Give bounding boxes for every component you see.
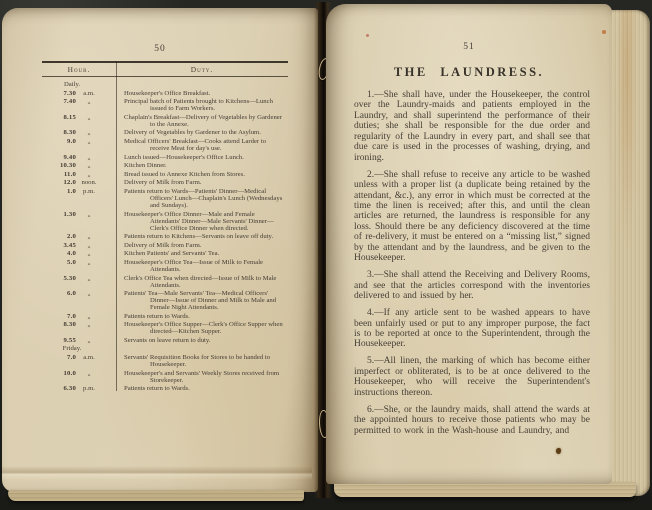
table-row: 11.0 „ Bread issued to Annexe Kitchen fr…	[42, 171, 288, 178]
table-row: 8.30 „ Delivery of Vegetables by Gardene…	[42, 129, 288, 136]
time-value: 2.0	[42, 233, 76, 240]
duty-text: Patients return to Wards—Patients' Dinne…	[124, 188, 286, 209]
table-row: 1.0 p.m. Patients return to Wards—Patien…	[42, 188, 288, 209]
time-meridiem: „	[76, 138, 102, 152]
duty-text: Delivery of Vegetables by Gardener to th…	[124, 129, 286, 136]
duty-cell: Kitchen Patients' and Servants' Tea.	[116, 250, 288, 257]
foxing-spot	[366, 34, 369, 37]
section-label: Friday.	[42, 345, 116, 352]
duty-cell: Delivery of Vegetables by Gardener to th…	[116, 129, 288, 136]
laundress-paragraph: 5.—All linen, the marking of which has b…	[354, 356, 590, 398]
duty-text: Delivery of Milk from Farm.	[124, 242, 286, 249]
laundress-paragraphs: 1.—She shall have, under the Housekeeper…	[354, 90, 590, 436]
duty-cell: Housekeeper's Office Tea—Issue of Milk t…	[116, 259, 288, 273]
time-value: 10.30	[42, 162, 76, 169]
table-row: 7.40 „ Principal batch of Patients broug…	[42, 98, 288, 112]
time-value: 6.30	[42, 385, 76, 392]
laundress-paragraph: 2.—She shall refuse to receive any artic…	[354, 170, 590, 264]
table-row: 10.0 „ Housekeeper's and Servants' Weekl…	[42, 370, 288, 384]
table-row: 4.0 „ Kitchen Patients' and Servants' Te…	[42, 250, 288, 257]
book-spread: 50 Hour. Duty. Daily. 7.30 a.m. Housekee…	[0, 0, 652, 510]
duty-text: Housekeeper's Office Supper—Clerk's Offi…	[124, 321, 286, 335]
hour-cell: 6.30 p.m.	[42, 385, 116, 392]
duty-cell: Patients return to Wards.	[116, 385, 288, 392]
laundress-paragraph: 1.—She shall have, under the Housekeeper…	[354, 90, 590, 163]
table-row: 7.0 a.m. Servants' Requisition Books for…	[42, 354, 288, 368]
duty-table-rows: Daily. 7.30 a.m. Housekeeper's Office Br…	[42, 77, 288, 392]
hour-cell: 11.0 „	[42, 171, 116, 178]
duty-cell: Housekeeper's and Servants' Weekly Store…	[116, 370, 288, 384]
time-value: 5.30	[42, 275, 76, 289]
left-page: 50 Hour. Duty. Daily. 7.30 a.m. Housekee…	[2, 8, 318, 492]
time-value: 1.30	[42, 211, 76, 232]
time-meridiem: „	[76, 259, 102, 273]
foxing-spot	[602, 30, 606, 34]
hour-cell: 8.30 „	[42, 321, 116, 335]
hour-cell: 9.40 „	[42, 154, 116, 161]
table-row: 9.40 „ Lunch issued—Housekeeper's Office…	[42, 154, 288, 161]
hour-cell: 8.30 „	[42, 129, 116, 136]
time-meridiem: „	[76, 370, 102, 384]
table-row: 5.30 „ Clerk's Office Tea when directed—…	[42, 275, 288, 289]
table-row: 1.30 „ Housekeeper's Office Dinner—Male …	[42, 211, 288, 232]
table-row: 3.45 „ Delivery of Milk from Farm.	[42, 242, 288, 249]
duty-cell: Chaplain's Breakfast—Delivery of Vegetab…	[116, 114, 288, 128]
duty-text: Medical Officers' Breakfast—Cooks attend…	[124, 138, 286, 152]
duty-cell: Servants on leave return to duty.	[116, 337, 288, 344]
duty-text: Housekeeper's Office Breakfast.	[124, 90, 286, 97]
hour-cell: 2.0 „	[42, 233, 116, 240]
hour-cell: 7.0 a.m.	[42, 354, 116, 368]
duty-cell: Bread issued to Annexe Kitchen from Stor…	[116, 171, 288, 178]
time-meridiem: „	[76, 242, 102, 249]
table-column-divider	[116, 61, 117, 391]
duty-cell: Kitchen Dinner.	[116, 162, 288, 169]
table-row: 9.55 „ Servants on leave return to duty.	[42, 337, 288, 344]
table-row: 6.30 p.m. Patients return to Wards.	[42, 385, 288, 392]
time-value: 8.30	[42, 129, 76, 136]
time-value: 7.30	[42, 90, 76, 97]
duty-cell: Servants' Requisition Books for Stores t…	[116, 354, 288, 368]
time-meridiem: „	[76, 129, 102, 136]
duty-cell: Delivery of Milk from Farm.	[116, 179, 288, 186]
time-value: 1.0	[42, 188, 76, 209]
duty-text: Servants' Requisition Books for Stores t…	[124, 354, 286, 368]
time-value: 9.55	[42, 337, 76, 344]
time-meridiem: „	[76, 154, 102, 161]
time-meridiem: „	[76, 171, 102, 178]
time-meridiem: p.m.	[76, 188, 102, 209]
time-value: 7.0	[42, 313, 76, 320]
hour-cell: 7.30 a.m.	[42, 90, 116, 97]
right-page-number: 51	[326, 42, 612, 52]
time-meridiem: noon.	[76, 179, 102, 186]
hour-cell: 5.0 „	[42, 259, 116, 273]
page-edges-bottom-left	[8, 490, 304, 501]
duty-cell: Medical Officers' Breakfast—Cooks attend…	[116, 138, 288, 152]
time-meridiem: „	[76, 211, 102, 232]
time-value: 10.0	[42, 370, 76, 384]
table-row: 10.30 „ Kitchen Dinner.	[42, 162, 288, 169]
table-row: 12.0 noon. Delivery of Milk from Farm.	[42, 179, 288, 186]
duty-text: Bread issued to Annexe Kitchen from Stor…	[124, 171, 286, 178]
hour-cell: 4.0 „	[42, 250, 116, 257]
duty-column-header: Duty.	[116, 65, 288, 74]
duty-text: Housekeeper's Office Tea—Issue of Milk t…	[124, 259, 286, 273]
duty-text: Principal batch of Patients brought to K…	[124, 98, 286, 112]
duty-text: Housekeeper's Office Dinner—Male and Fem…	[124, 211, 286, 232]
time-value: 4.0	[42, 250, 76, 257]
table-section-row: Daily.	[42, 81, 288, 88]
duty-cell: Housekeeper's Office Dinner—Male and Fem…	[116, 211, 288, 232]
time-value: 5.0	[42, 259, 76, 273]
duty-cell: Patients return to Wards.	[116, 313, 288, 320]
time-meridiem: a.m.	[76, 90, 102, 97]
hour-cell: 9.0 „	[42, 138, 116, 152]
duty-cell: Patients' Tea—Male Servants' Tea—Medical…	[116, 290, 288, 311]
duty-text: Servants on leave return to duty.	[124, 337, 286, 344]
hour-cell: 3.45 „	[42, 242, 116, 249]
duty-cell: Patients return to Kitchens—Servants on …	[116, 233, 288, 240]
time-value: 6.0	[42, 290, 76, 311]
time-value: 7.0	[42, 354, 76, 368]
time-value: 8.30	[42, 321, 76, 335]
laundress-paragraph: 3.—She shall attend the Receiving and De…	[354, 270, 590, 301]
time-meridiem: „	[76, 275, 102, 289]
time-meridiem: „	[76, 313, 102, 320]
duty-table-header: Hour. Duty.	[42, 61, 288, 77]
page-edges-bottom-right	[334, 482, 636, 497]
time-meridiem: „	[76, 321, 102, 335]
time-value: 8.15	[42, 114, 76, 128]
duty-text: Kitchen Dinner.	[124, 162, 286, 169]
table-row: 7.0 „ Patients return to Wards.	[42, 313, 288, 320]
hour-column-header: Hour.	[42, 65, 116, 74]
duty-cell: Housekeeper's Office Supper—Clerk's Offi…	[116, 321, 288, 335]
hour-cell: 6.0 „	[42, 290, 116, 311]
hour-cell: 10.30 „	[42, 162, 116, 169]
hour-cell: 12.0 noon.	[42, 179, 116, 186]
time-meridiem: a.m.	[76, 354, 102, 368]
time-meridiem: „	[76, 233, 102, 240]
ink-spot	[556, 448, 561, 454]
time-value: 11.0	[42, 171, 76, 178]
duty-text: Patients return to Kitchens—Servants on …	[124, 233, 286, 240]
duty-text: Patients' Tea—Male Servants' Tea—Medical…	[124, 290, 286, 311]
duty-text: Kitchen Patients' and Servants' Tea.	[124, 250, 286, 257]
time-meridiem: „	[76, 162, 102, 169]
right-page: 51 THE LAUNDRESS. 1.—She shall have, und…	[326, 4, 612, 484]
table-row: 9.0 „ Medical Officers' Breakfast—Cooks …	[42, 138, 288, 152]
time-meridiem: „	[76, 98, 102, 112]
left-page-number: 50	[2, 44, 318, 54]
duty-cell: Principal batch of Patients brought to K…	[116, 98, 288, 112]
table-row: 2.0 „ Patients return to Kitchens—Servan…	[42, 233, 288, 240]
laundress-paragraph: 6.—She, or the laundry maids, shall atte…	[354, 405, 590, 436]
duty-cell: Lunch issued—Housekeeper's Office Lunch.	[116, 154, 288, 161]
time-value: 9.40	[42, 154, 76, 161]
duty-cell: Clerk's Office Tea when directed—Issue o…	[116, 275, 288, 289]
hour-cell: 7.0 „	[42, 313, 116, 320]
time-meridiem: „	[76, 250, 102, 257]
hour-cell: 10.0 „	[42, 370, 116, 384]
hour-cell: 7.40 „	[42, 98, 116, 112]
time-value: 12.0	[42, 179, 76, 186]
chapter-title: THE LAUNDRESS.	[326, 65, 612, 80]
table-row: 8.15 „ Chaplain's Breakfast—Delivery of …	[42, 114, 288, 128]
hour-cell: 1.30 „	[42, 211, 116, 232]
duty-table: Hour. Duty. Daily. 7.30 a.m. Housekeeper…	[42, 61, 288, 392]
duty-text: Clerk's Office Tea when directed—Issue o…	[124, 275, 286, 289]
time-meridiem: „	[76, 290, 102, 311]
time-value: 7.40	[42, 98, 76, 112]
hour-cell: 5.30 „	[42, 275, 116, 289]
time-meridiem: „	[76, 337, 102, 344]
time-meridiem: p.m.	[76, 385, 102, 392]
time-meridiem: „	[76, 114, 102, 128]
table-row: 6.0 „ Patients' Tea—Male Servants' Tea—M…	[42, 290, 288, 311]
duty-cell: Delivery of Milk from Farm.	[116, 242, 288, 249]
table-row: 5.0 „ Housekeeper's Office Tea—Issue of …	[42, 259, 288, 273]
duty-text: Lunch issued—Housekeeper's Office Lunch.	[124, 154, 286, 161]
time-value: 9.0	[42, 138, 76, 152]
duty-text: Patients return to Wards.	[124, 313, 286, 320]
laundress-paragraph: 4.—If any article sent to be washed appe…	[354, 308, 590, 350]
duty-cell: Patients return to Wards—Patients' Dinne…	[116, 188, 288, 209]
duty-text: Patients return to Wards.	[124, 385, 286, 392]
duty-text: Chaplain's Breakfast—Delivery of Vegetab…	[124, 114, 286, 128]
section-label: Daily.	[42, 81, 116, 88]
table-row: 7.30 a.m. Housekeeper's Office Breakfast…	[42, 90, 288, 97]
duty-cell: Housekeeper's Office Breakfast.	[116, 90, 288, 97]
hour-cell: 1.0 p.m.	[42, 188, 116, 209]
left-page-crease	[2, 466, 312, 480]
hour-cell: 9.55 „	[42, 337, 116, 344]
time-value: 3.45	[42, 242, 76, 249]
table-section-row: Friday.	[42, 345, 288, 352]
duty-text: Delivery of Milk from Farm.	[124, 179, 286, 186]
hour-cell: 8.15 „	[42, 114, 116, 128]
table-row: 8.30 „ Housekeeper's Office Supper—Clerk…	[42, 321, 288, 335]
duty-text: Housekeeper's and Servants' Weekly Store…	[124, 370, 286, 384]
